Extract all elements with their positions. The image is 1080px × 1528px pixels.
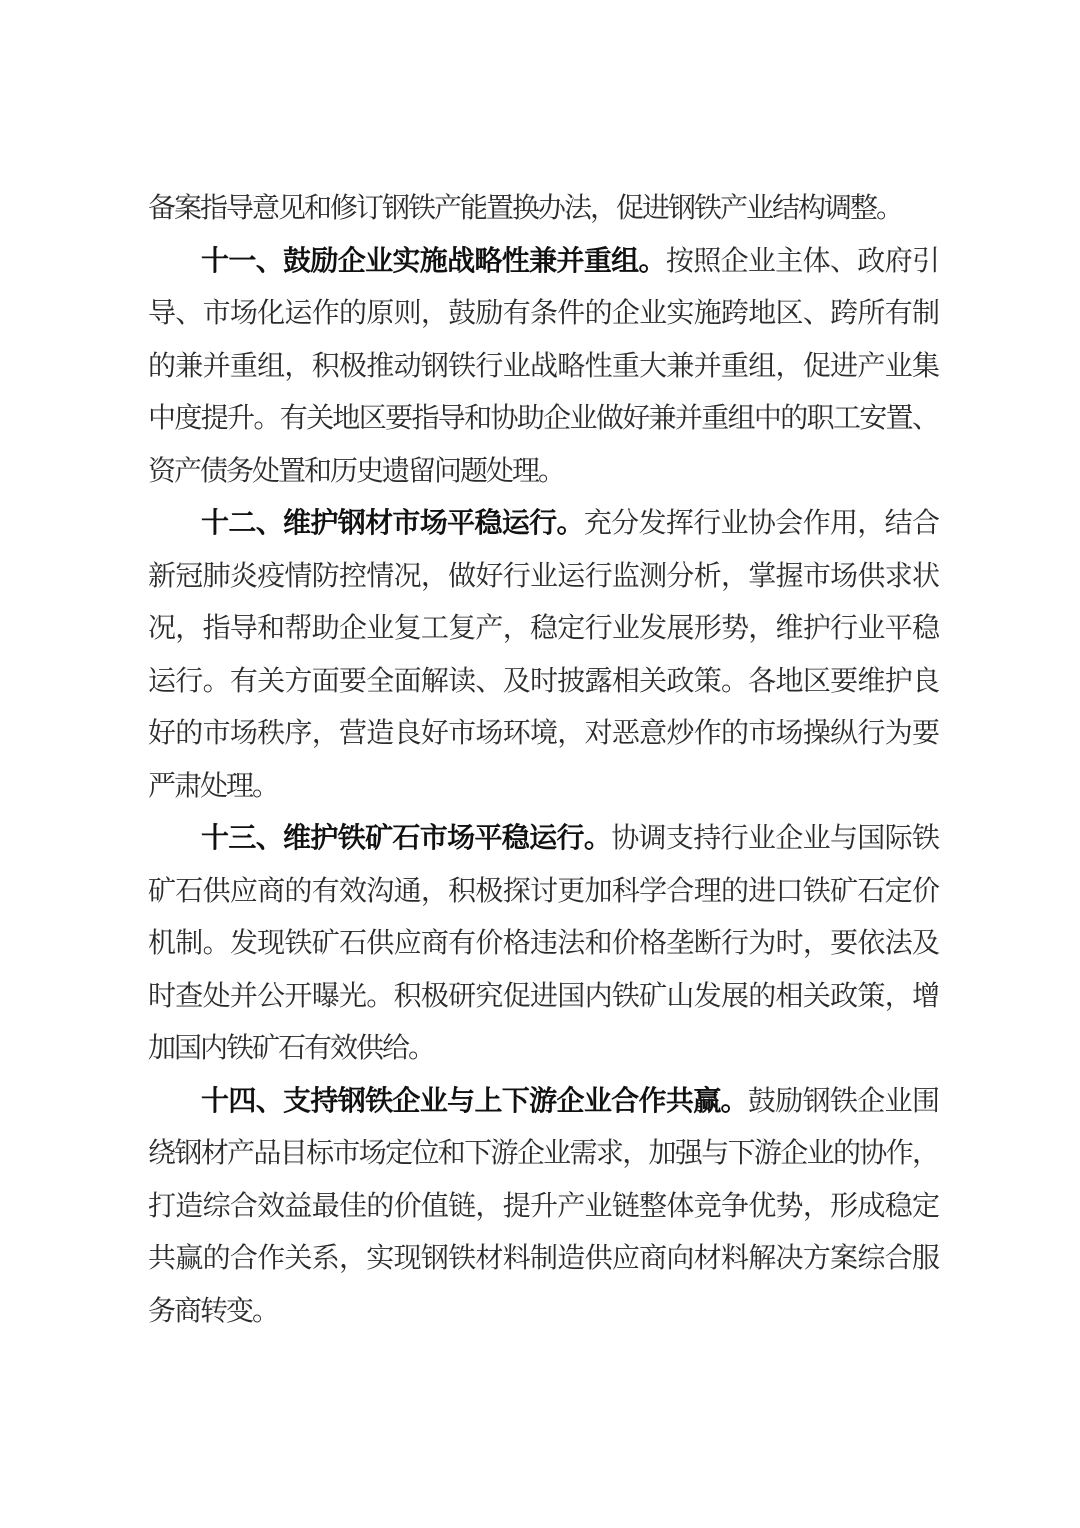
text-line: 机制。发现铁矿石供应商有价格违法和价格垄断行为时，要依法及: [148, 918, 938, 971]
text-line: 务商转变。: [148, 1286, 938, 1339]
section-heading: 十三、维护铁矿石市场平稳运行。: [201, 823, 611, 854]
text-line: 时查处并公开曝光。积极研究促进国内铁矿山发展的相关政策，增: [148, 971, 938, 1024]
text-line: 的兼并重组，积极推动钢铁行业战略性重大兼并重组，促进产业集: [148, 341, 938, 394]
text-line: 导、市场化运作的原则，鼓励有条件的企业实施跨地区、跨所有制: [148, 288, 938, 341]
text-line: 中度提升。有关地区要指导和协助企业做好兼并重组中的职工安置、: [148, 393, 938, 446]
text-line: 况，指导和帮助企业复工复产，稳定行业发展形势，维护行业平稳: [148, 603, 938, 656]
paragraph-first-line: 十二、维护钢材市场平稳运行。充分发挥行业协会作用，结合: [148, 498, 938, 551]
text-line: 运行。有关方面要全面解读、及时披露相关政策。各地区要维护良: [148, 656, 938, 709]
paragraph-first-line: 十三、维护铁矿石市场平稳运行。协调支持行业企业与国际铁: [148, 813, 938, 866]
text-line: 绕钢材产品目标市场定位和下游企业需求，加强与下游企业的协作，: [148, 1128, 938, 1181]
document-body: 备案指导意见和修订钢铁产能置换办法，促进钢铁产业结构调整。十一、鼓励企业实施战略…: [148, 183, 938, 1338]
text-line: 加国内铁矿石有效供给。: [148, 1023, 938, 1076]
text-line: 矿石供应商的有效沟通，积极探讨更加科学合理的进口铁矿石定价: [148, 866, 938, 919]
text-line: 资产债务处置和历史遗留问题处理。: [148, 446, 938, 499]
text-line: 好的市场秩序，营造良好市场环境，对恶意炒作的市场操纵行为要: [148, 708, 938, 761]
paragraph-first-line: 十四、支持钢铁企业与上下游企业合作共赢。鼓励钢铁企业围: [148, 1076, 938, 1129]
text-line: 备案指导意见和修订钢铁产能置换办法，促进钢铁产业结构调整。: [148, 183, 938, 236]
section-heading: 十四、支持钢铁企业与上下游企业合作共赢。: [201, 1086, 748, 1117]
section-heading: 十一、鼓励企业实施战略性兼并重组。: [201, 246, 666, 277]
section-heading: 十二、维护钢材市场平稳运行。: [201, 508, 584, 539]
paragraph-first-line: 十一、鼓励企业实施战略性兼并重组。按照企业主体、政府引: [148, 236, 938, 289]
text-line: 新冠肺炎疫情防控情况，做好行业运行监测分析，掌握市场供求状: [148, 551, 938, 604]
text-line: 严肃处理。: [148, 761, 938, 814]
text-line: 共赢的合作关系，实现钢铁材料制造供应商向材料解决方案综合服: [148, 1233, 938, 1286]
document-page: 备案指导意见和修订钢铁产能置换办法，促进钢铁产业结构调整。十一、鼓励企业实施战略…: [0, 0, 1080, 1528]
text-line: 打造综合效益最佳的价值链，提升产业链整体竞争优势，形成稳定: [148, 1181, 938, 1234]
